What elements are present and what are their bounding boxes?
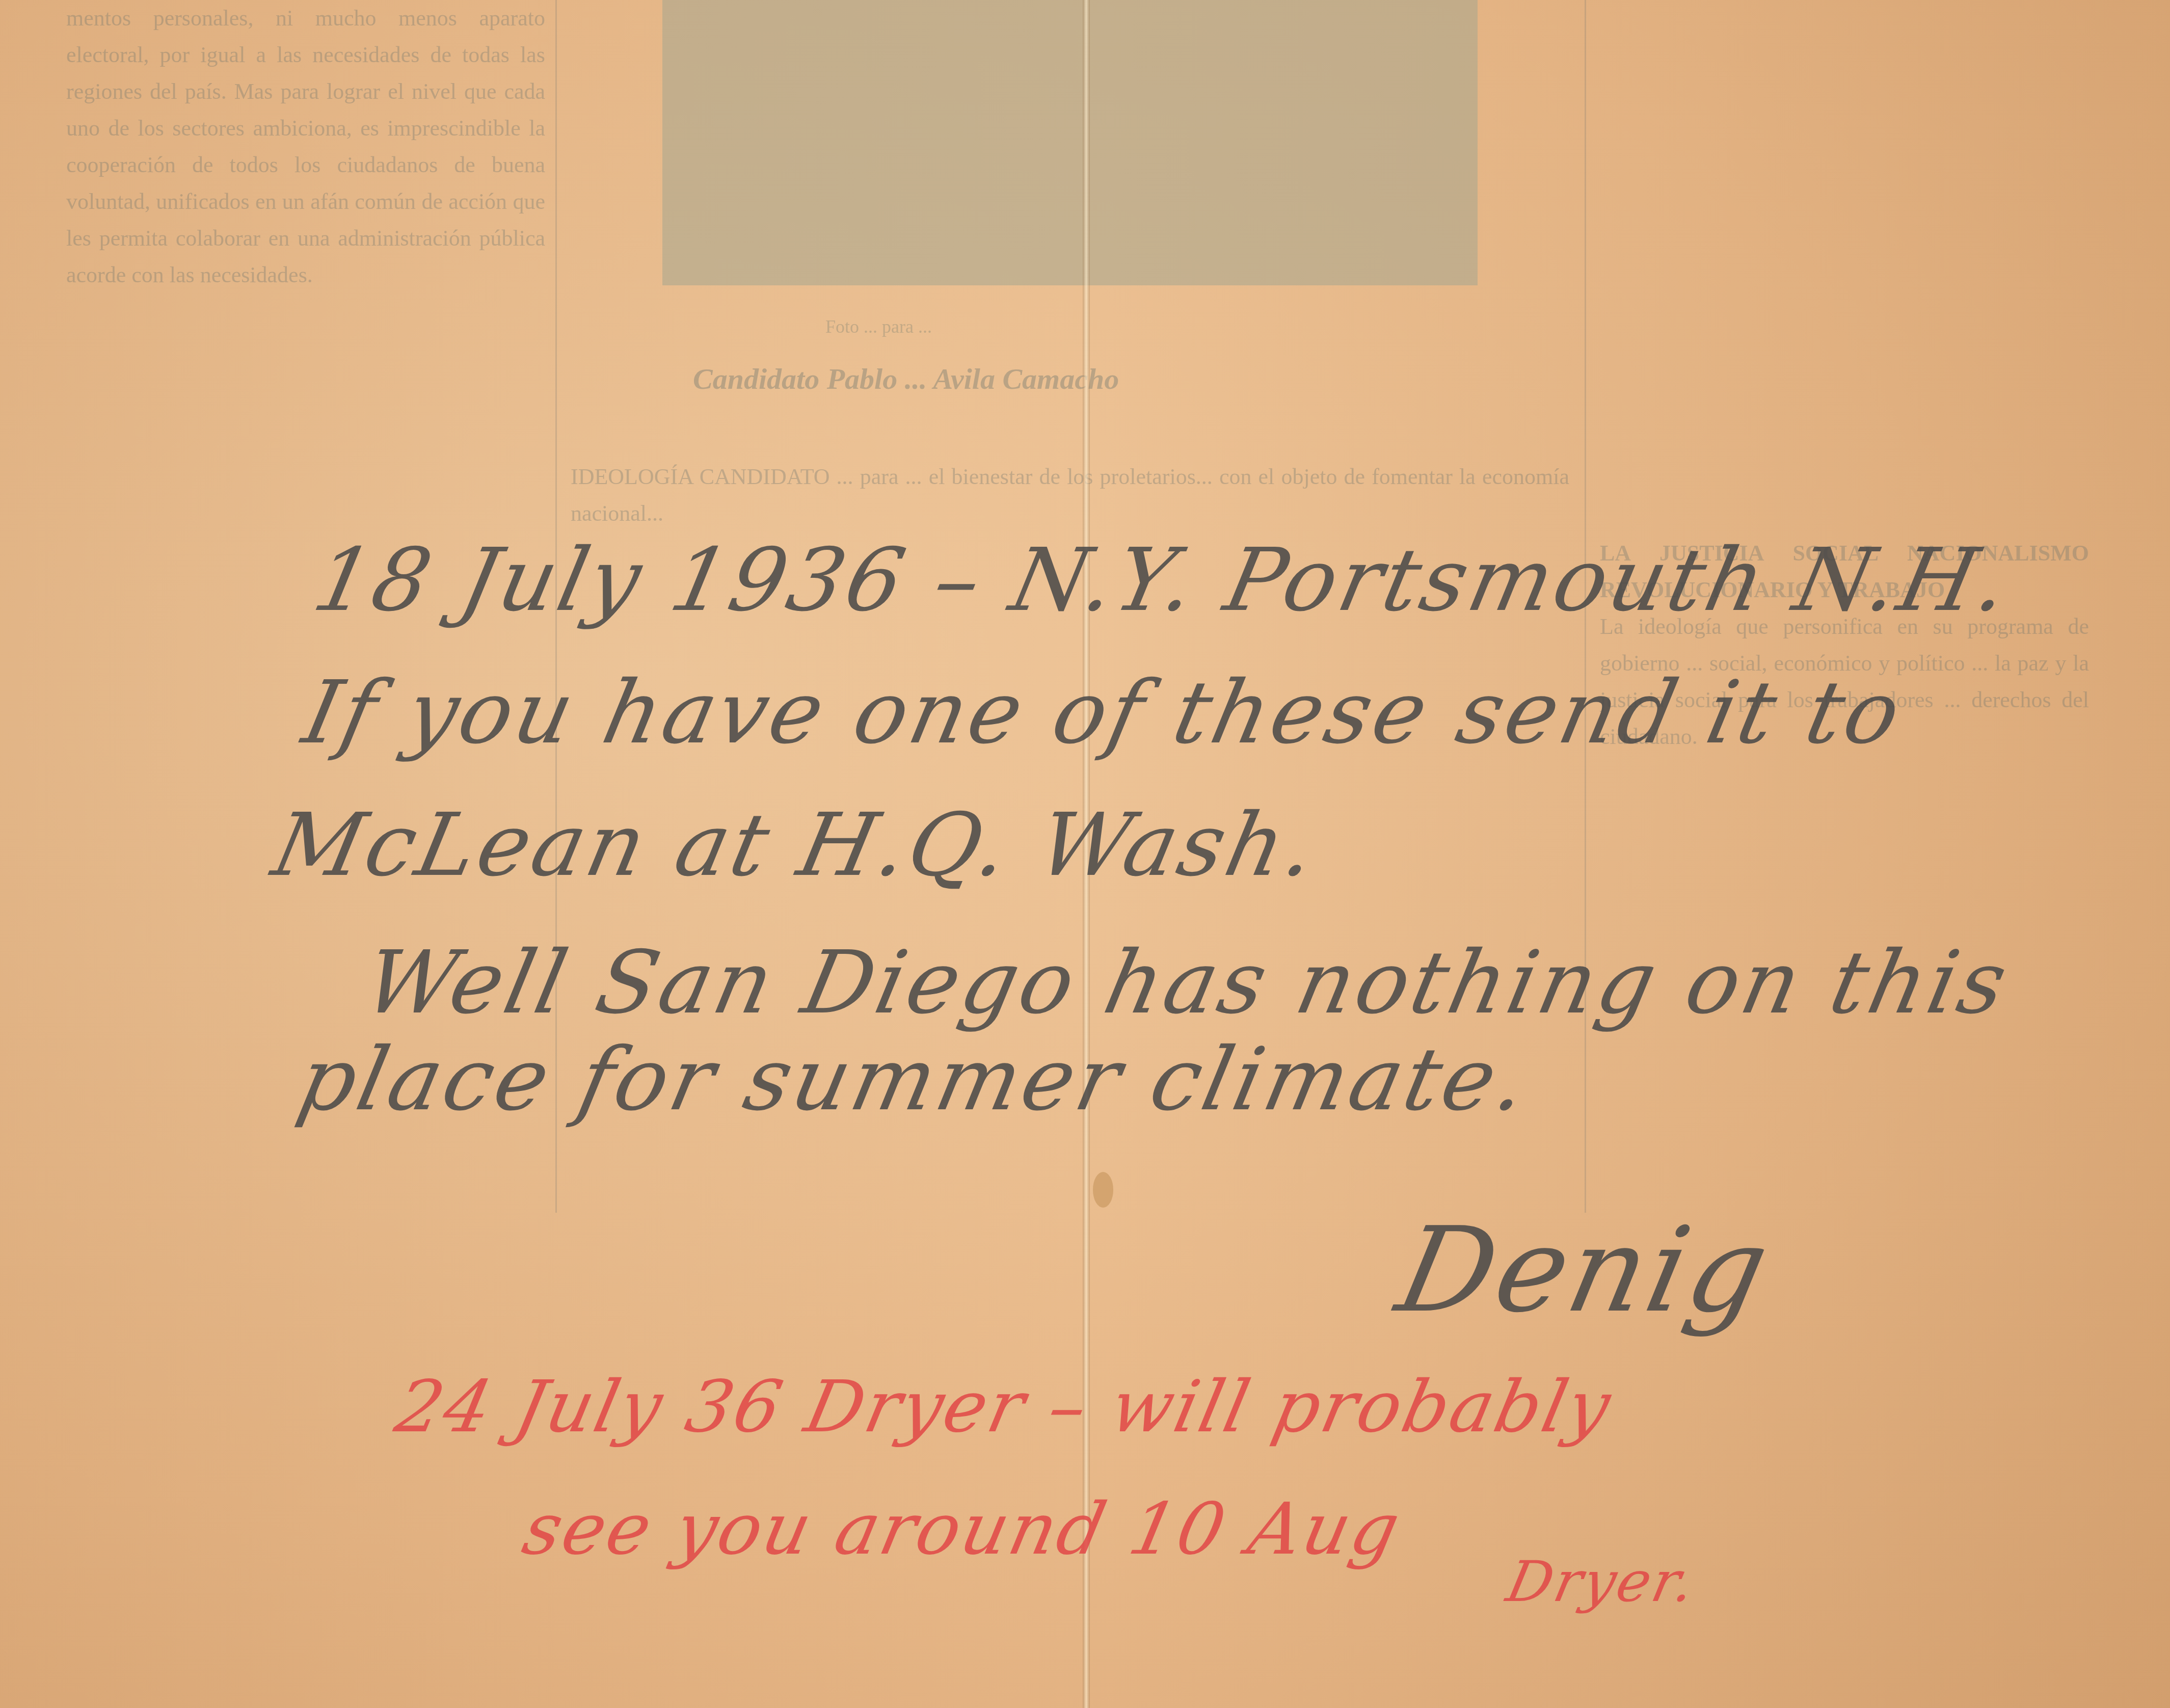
note-line-san-diego: Well San Diego has nothing on this bbox=[356, 932, 2018, 1033]
paper-stain bbox=[1093, 1172, 1113, 1208]
photo-caption: Candidato Pablo ... Avila Camacho bbox=[693, 362, 1119, 396]
pencil-signature: Denig bbox=[1387, 1203, 1782, 1339]
note-line-recipient: McLean at H.Q. Wash. bbox=[264, 795, 1328, 896]
red-note-line2: see you around 10 Aug bbox=[516, 1488, 1408, 1571]
red-signature: Dryer. bbox=[1501, 1549, 1702, 1614]
note-line-request: If you have one of these send it to bbox=[295, 662, 1912, 763]
newspaper-photo bbox=[662, 0, 1478, 285]
note-line-date-location: 18 July 1936 – N.Y. Portsmouth N.H. bbox=[305, 530, 2020, 631]
red-note-line1: 24 July 36 Dryer – will probably bbox=[389, 1366, 1620, 1449]
note-line-climate: place for summer climate. bbox=[290, 1029, 1539, 1130]
photo-caption-small: Foto ... para ... bbox=[825, 316, 932, 337]
